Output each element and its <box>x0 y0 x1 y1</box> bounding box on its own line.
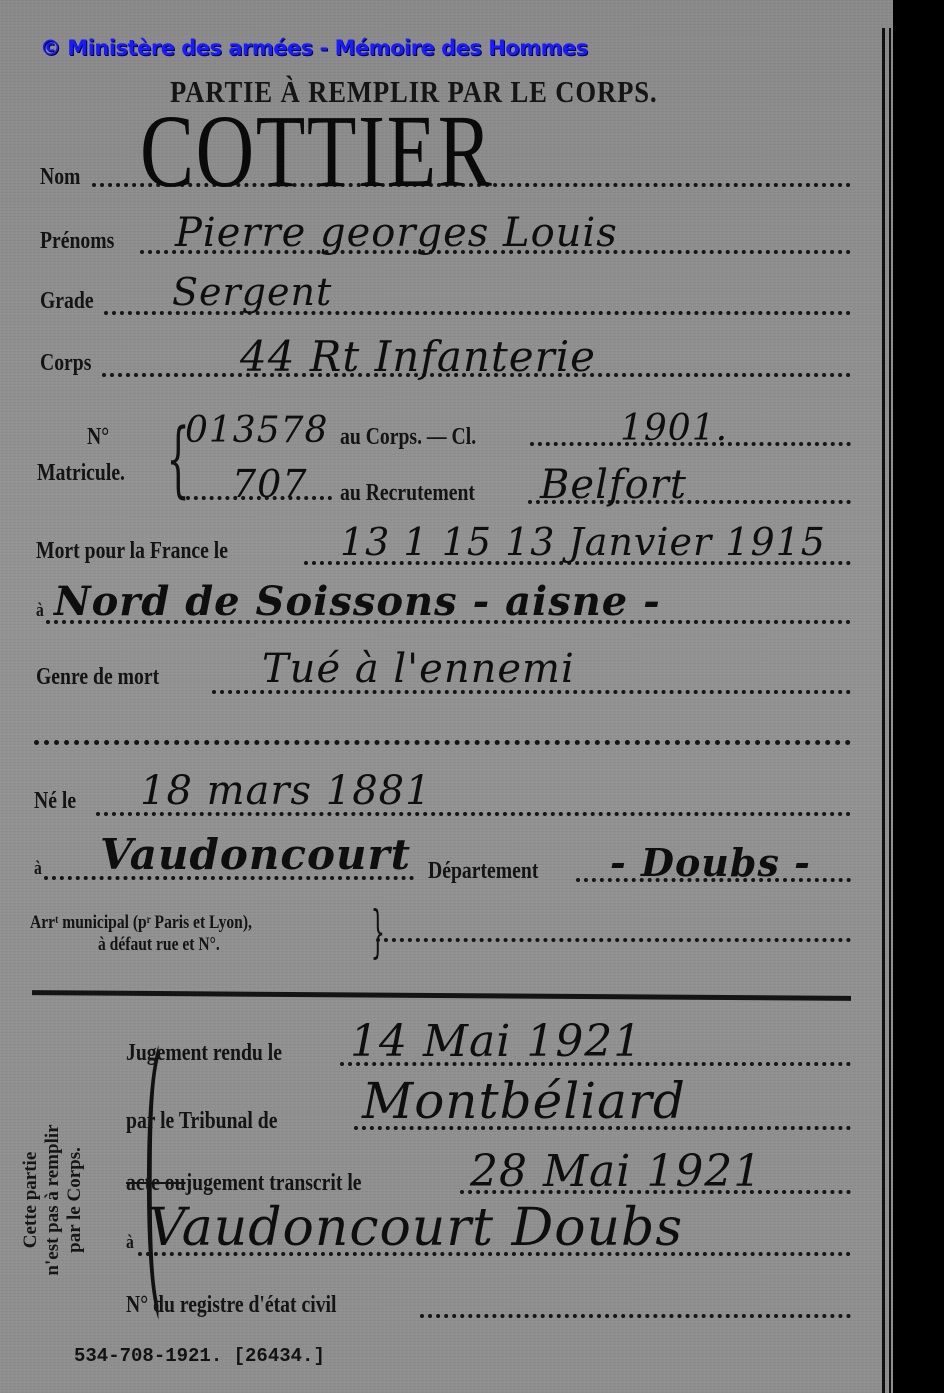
transcrit-lieu-prefix: à <box>126 1232 134 1254</box>
matricule-no-label: N° <box>87 424 109 451</box>
copyright-watermark: © Ministère des armées - Mémoire des Hom… <box>40 36 588 60</box>
arrondissement-brace: } <box>371 900 385 965</box>
au-corps-label: au Corps. — Cl. <box>340 424 476 451</box>
jugement-rendu-label: Jugement rendu le <box>126 1040 282 1067</box>
transcrit-value: 28 Mai 1921 <box>470 1146 762 1197</box>
mort-value: 13 1 15 13 Janvier 1915 <box>340 520 826 564</box>
transcrit-label-wrap: acte oujugement transcrit le <box>126 1170 362 1197</box>
arrondissement-line <box>376 938 851 942</box>
arrondissement-label: Arrᵗ municipal (pʳ Paris et Lyon), <box>30 912 252 934</box>
genre-mort-value: Tué à l'ennemi <box>262 646 575 692</box>
tribunal-label: par le Tribunal de <box>126 1108 277 1135</box>
prenoms-value: Pierre georges Louis <box>175 210 618 256</box>
prenoms-label: Prénoms <box>40 228 114 255</box>
record-card: © Ministère des armées - Mémoire des Hom… <box>0 0 893 1393</box>
grade-label: Grade <box>40 288 94 315</box>
matricule-label: Matricule. <box>37 460 125 487</box>
recrutement-place: Belfort <box>540 462 687 508</box>
corps-label: Corps <box>40 350 91 377</box>
arrondissement-label-2: à défaut rue et N°. <box>98 934 220 956</box>
genre-mort-line-2 <box>34 740 851 745</box>
jugement-rendu-value: 14 Mai 1921 <box>350 1016 642 1067</box>
classe-value: 1901. <box>620 408 728 449</box>
matricule-recrutement-value: 707 <box>232 462 308 506</box>
ne-lieu-value: Vaudoncourt <box>100 830 411 879</box>
matricule-corps-value: 013578 <box>185 410 328 451</box>
registre-label: N° du registre d'état civil <box>126 1292 336 1319</box>
side-note: Cette partie n'est pas à remplir par le … <box>20 1090 100 1310</box>
registre-line <box>420 1314 851 1318</box>
genre-mort-label: Genre de mort <box>36 664 159 691</box>
ne-le-value: 18 mars 1881 <box>140 768 432 814</box>
ne-le-label: Né le <box>34 788 76 815</box>
nom-value: COTTIER <box>140 92 493 211</box>
side-note-line-3: par le Corps. <box>64 1090 86 1310</box>
nom-label: Nom <box>40 164 80 191</box>
au-recrutement-label: au Recrutement <box>340 480 475 507</box>
transcrit-label: jugement transcrit le <box>186 1170 362 1196</box>
side-note-line-2: n'est pas à remplir <box>42 1090 64 1310</box>
transcrit-strike: acte ou <box>126 1170 186 1196</box>
side-note-line-1: Cette partie <box>20 1090 42 1310</box>
departement-label: Département <box>428 858 538 885</box>
border-line <box>889 28 891 1393</box>
border-line <box>882 28 885 1393</box>
grade-value: Sergent <box>172 270 332 314</box>
departement-value: - Doubs - <box>610 840 811 885</box>
mort-lieu-value: Nord de Soissons - aisne - <box>54 578 661 625</box>
corps-value: 44 Rt Infanterie <box>240 332 596 381</box>
form-print-code: 534-708-1921. [26434.] <box>74 1345 325 1367</box>
transcrit-lieu-value: Vaudoncourt Doubs <box>148 1198 683 1258</box>
mort-lieu-prefix: à <box>36 600 44 622</box>
ne-lieu-prefix: à <box>34 858 42 880</box>
mort-label: Mort pour la France le <box>36 538 228 565</box>
tribunal-value: Montbéliard <box>362 1072 686 1130</box>
